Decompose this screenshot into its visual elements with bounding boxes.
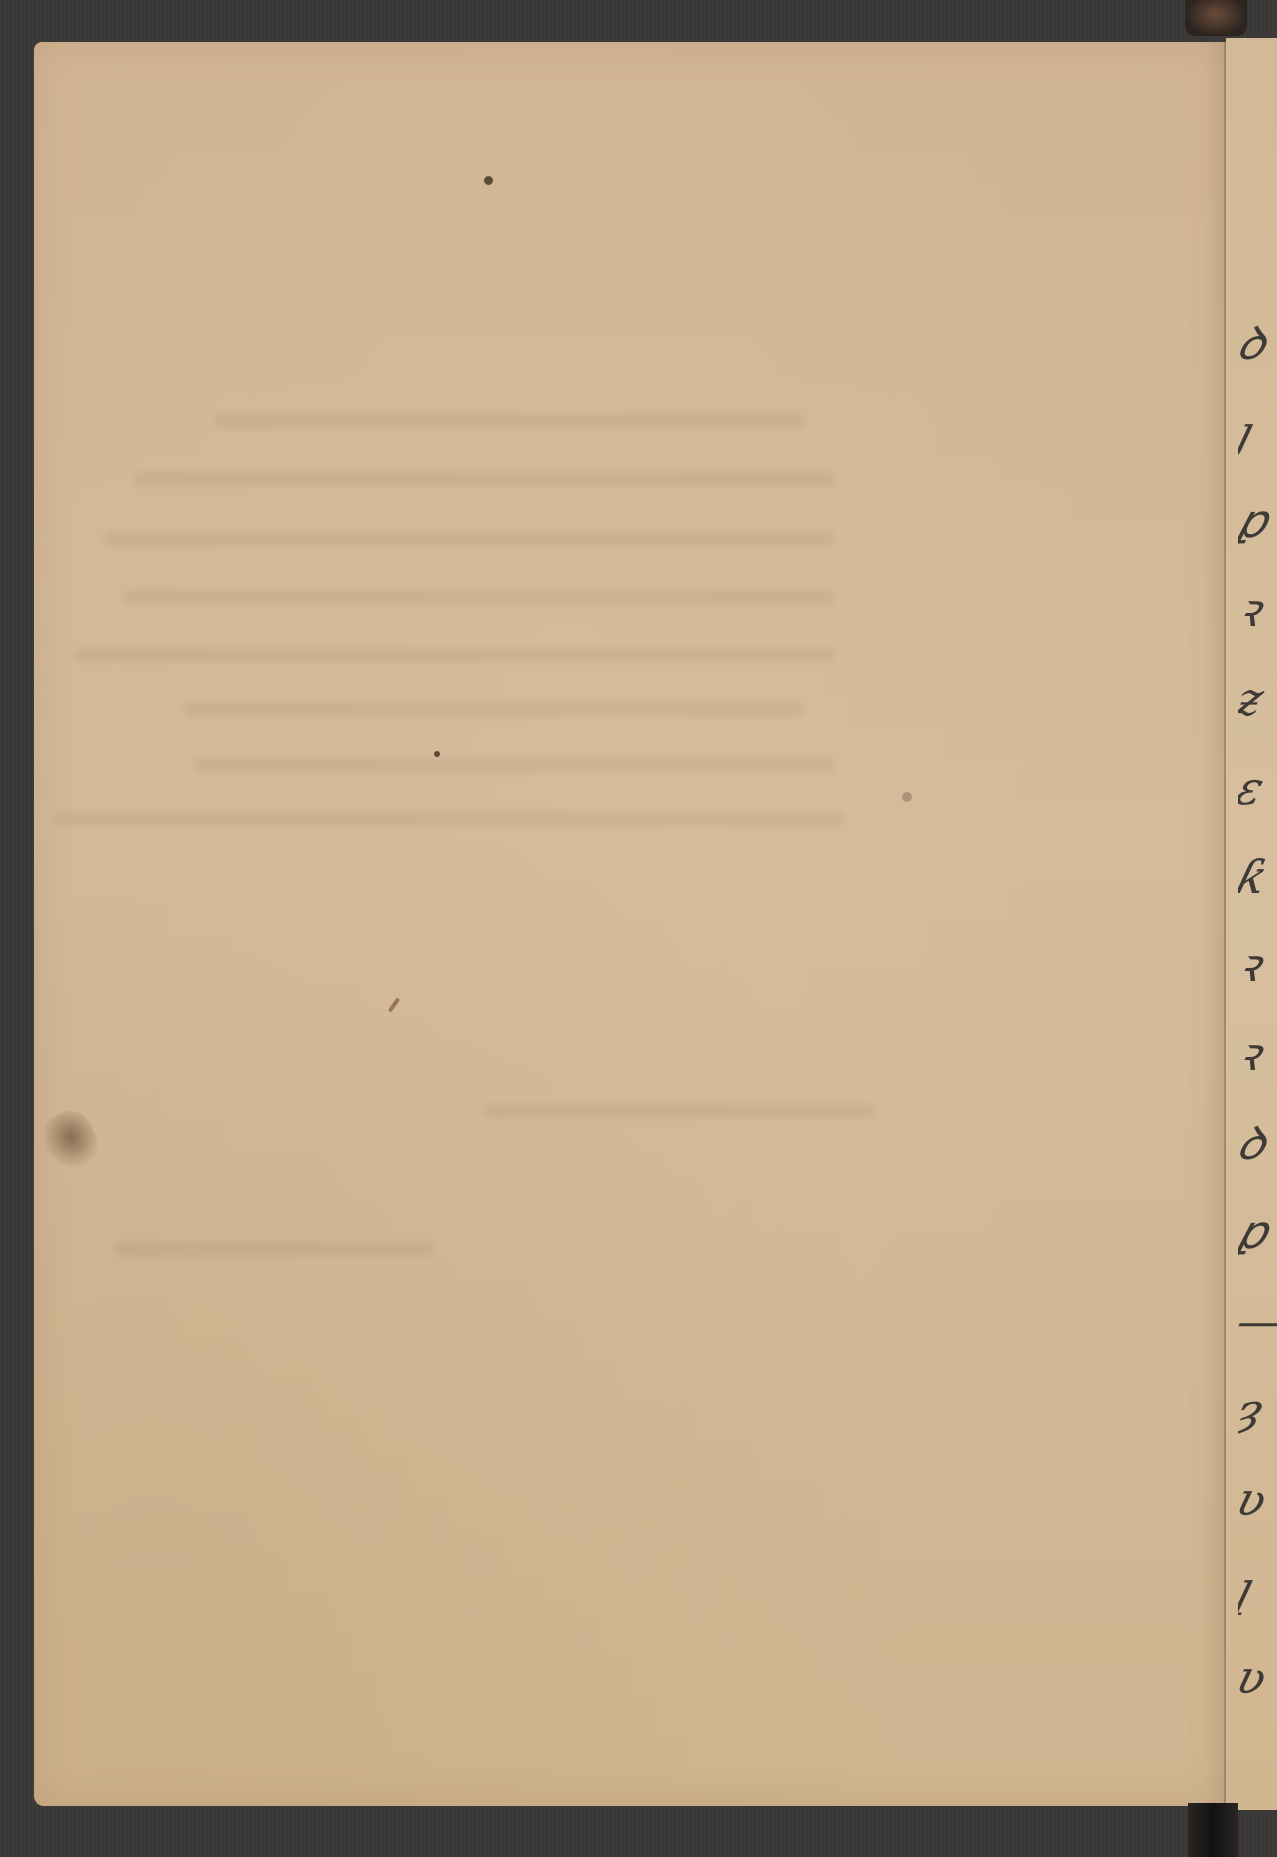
bleed-through-line: [214, 414, 804, 428]
handwriting-glyph: ꝺ: [1238, 1120, 1277, 1166]
bleed-through-line: [194, 758, 834, 772]
handwriting-glyph: ꝛ: [1238, 1031, 1277, 1077]
handwriting-glyph: —: [1238, 1298, 1277, 1344]
handwriting-glyph: ꝛ: [1238, 942, 1277, 988]
paper-fleck: [388, 997, 400, 1012]
handwriting-glyph: ʋ: [1238, 1476, 1277, 1522]
handwriting-glyph: ꝑ: [1238, 1209, 1277, 1255]
handwriting-glyph: ꞁ: [1238, 1565, 1277, 1611]
bleed-through-line: [484, 1104, 874, 1118]
handwriting-glyph: ƶ: [1238, 676, 1277, 722]
ink-speck: [902, 792, 912, 802]
book-page: [34, 42, 1226, 1806]
handwriting-glyph: ƙ: [1238, 854, 1277, 900]
handwriting-glyph: ȝ: [1238, 1387, 1277, 1433]
book-headband-bottom: [1188, 1803, 1238, 1857]
handwriting-glyph: ꝑ: [1238, 498, 1277, 544]
bleed-through-line: [184, 702, 804, 716]
bleed-through-line: [134, 472, 834, 486]
bleed-through-line: [74, 648, 834, 662]
bleed-through-line: [104, 532, 834, 546]
bleed-through-line: [114, 1242, 434, 1256]
ink-speck: [484, 176, 493, 185]
handwriting-glyph: ꝛ: [1238, 587, 1277, 633]
page-fold-line: [1224, 42, 1226, 1806]
bleed-through-line: [54, 812, 844, 826]
handwriting-glyph: ȷ: [1238, 409, 1277, 455]
handwriting-glyph: ꝺ: [1238, 320, 1277, 366]
book-headband-top: [1185, 0, 1247, 36]
handwriting-fragment: ꝺ ȷ ꝑ ꝛ ƶ ε ƙ ꝛ ꝛ ꝺ ꝑ — ȝ ʋ ꞁ ʋ: [1238, 320, 1277, 1700]
handwriting-glyph: ε: [1238, 765, 1277, 811]
bleed-through-line: [124, 590, 834, 604]
ink-speck: [434, 751, 440, 757]
handwriting-glyph: ʋ: [1238, 1654, 1277, 1700]
